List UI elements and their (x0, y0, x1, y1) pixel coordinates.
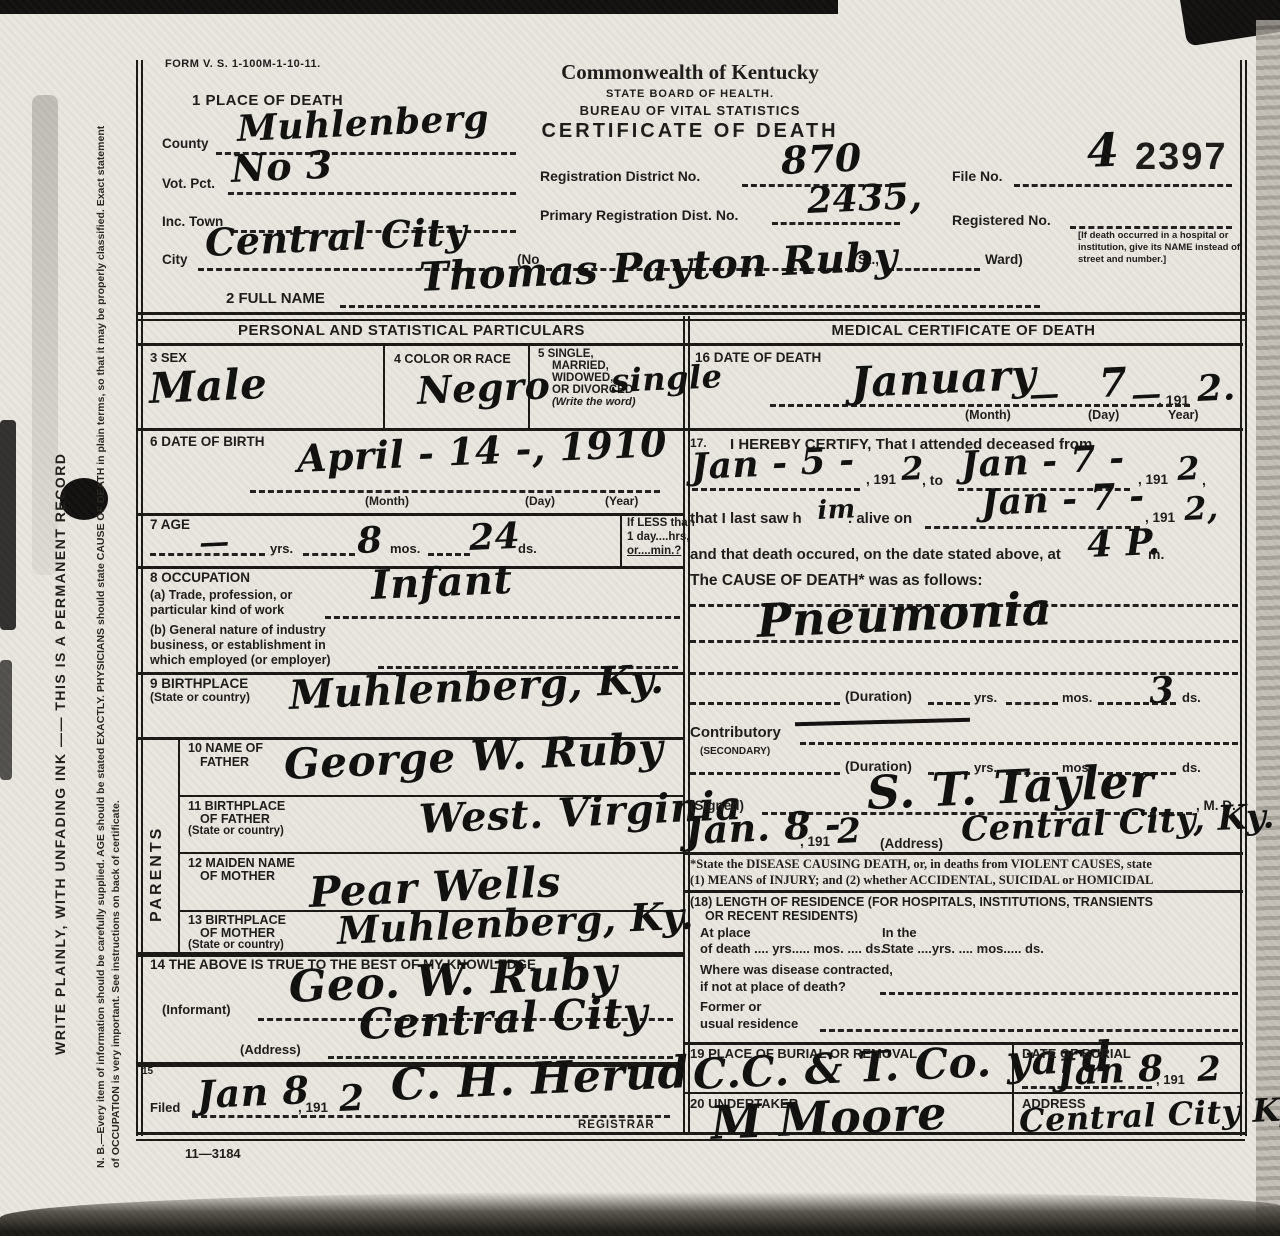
medical-section-title: MEDICAL CERTIFICATE OF DEATH (686, 322, 1241, 339)
residence-where-label-1: Where was disease contracted, (700, 962, 893, 977)
personal-section-title: PERSONAL AND STATISTICAL PARTICULARS (140, 322, 683, 339)
informant-label: (Informant) (162, 1002, 231, 1017)
certify-sep-1: , 191 (866, 472, 896, 487)
birthplace-sub-label: (State or country) (150, 690, 250, 704)
age-ds-value: 24 (468, 515, 521, 559)
age-ds-label: ds. (518, 541, 537, 556)
reg-district-value: 870 (780, 135, 863, 183)
dob-bottom-rule (138, 513, 683, 516)
occupation-b-label-1: (b) General nature of industry (150, 623, 326, 637)
mother-birthplace-label-3: (State or country) (188, 939, 284, 951)
certify-comma: , (1202, 472, 1206, 488)
city-st-line (888, 268, 980, 271)
scan-artifact-edge-mark-1 (0, 420, 16, 630)
filed-section-number: 15 (142, 1066, 153, 1077)
margin-nb-note: N. B.—Every item of information should b… (94, 113, 123, 1168)
certify-line-2a: that I last saw h (690, 510, 802, 527)
signed-address-label: (Address) (880, 836, 943, 851)
duration1-yrs-line (928, 702, 970, 705)
dod-label: 16 DATE OF DEATH (695, 350, 821, 365)
certify-to-label: , to (922, 472, 943, 488)
marital-label-3: WIDOWED, (552, 372, 613, 384)
full-name-line (340, 305, 1040, 308)
occupation-a-value: Infant (370, 556, 513, 609)
vot-pct-value: No 3 (230, 142, 334, 191)
bureau-subtitle: BUREAU OF VITAL STATISTICS (520, 103, 860, 118)
duration1-lead-line (690, 702, 840, 705)
vot-pct-line (228, 192, 516, 195)
footnote-bottom-rule (683, 890, 1243, 893)
signed-date-written: 2 (836, 811, 862, 852)
certify-on-value: Jan - 7 - (980, 475, 1145, 524)
parents-strip-border (178, 737, 180, 952)
duration1-mos-line (1006, 702, 1058, 705)
filed-date-value: Jan 8 (196, 1067, 310, 1117)
parents-side-label: PARENTS (148, 826, 166, 922)
father-name-label-2: FATHER (200, 755, 249, 769)
age-less-label-2: 1 day....hrs, (627, 531, 689, 543)
dod-month-cap: (Month) (965, 408, 1011, 422)
death-certificate-scan: WRITE PLAINLY, WITH UNFADING INK —— THIS… (0, 0, 1280, 1236)
burial-date-value: Jan 8 (1056, 1047, 1164, 1094)
sex-cell-border (383, 345, 385, 428)
residence-where-line (880, 992, 1238, 995)
certify-from-value: Jan - 5 - (690, 439, 855, 488)
certify-from-line (692, 488, 860, 491)
city-ward-label: Ward) (985, 252, 1023, 267)
board-subtitle: STATE BOARD OF HEALTH. (520, 88, 860, 100)
registered-no-label: Registered No. (952, 212, 1051, 228)
certify-year-3: 2, (1183, 489, 1219, 528)
footnote-line-1: *State the DISEASE CAUSING DEATH, or, in… (690, 857, 1152, 872)
dod-day-cap: (Day) (1088, 408, 1119, 422)
file-no-label: File No. (952, 168, 1003, 184)
mother-name-label-1: 12 MAIDEN NAME (188, 856, 295, 870)
form-number: FORM V. S. 1-100M-1-10-11. (165, 58, 321, 70)
duration1-ds-label: ds. (1182, 690, 1201, 705)
duration1-yrs-label: yrs. (974, 690, 997, 705)
file-no-written: 4 (1086, 123, 1121, 178)
occupation-a-line (325, 616, 680, 619)
father-birthplace-label-3: (State or country) (188, 825, 284, 837)
undertaker-value: M Moore (710, 1086, 948, 1150)
father-birthplace-bottom-rule (178, 852, 683, 854)
scan-artifact-top-bar (0, 0, 838, 14)
mother-name-label-2: OF MOTHER (200, 869, 275, 883)
scan-artifact-bottom-band (0, 1192, 1280, 1236)
certify-line-3: and that death occured, on the date stat… (690, 546, 1061, 563)
age-mos-line (303, 553, 355, 556)
file-no-stamped: 2397 (1135, 136, 1228, 179)
father-birthplace-label-1: 11 BIRTHPLACE (188, 799, 285, 813)
residence-title-1: (18) LENGTH OF RESIDENCE (FOR HOSPITALS,… (690, 895, 1153, 909)
age-ds-line (428, 553, 470, 556)
father-name-label-1: 10 NAME OF (188, 741, 263, 755)
dod-month-value: January (850, 350, 1037, 407)
filed-label: Filed (150, 1100, 180, 1115)
sex-value: Male (148, 359, 268, 413)
header-separator-rule (136, 312, 1245, 321)
file-no-line (1014, 184, 1232, 187)
marital-label-2: MARRIED, (552, 360, 609, 372)
age-less-label-3: or....min.? (627, 545, 681, 557)
father-name-value: George W. Ruby (283, 723, 664, 789)
occupation-a-label-2: particular kind of work (150, 603, 284, 617)
birthplace-value: Muhlenberg, Ky. (288, 656, 665, 719)
dod-dash-1: — (1028, 377, 1060, 413)
contributory-line (800, 742, 1238, 745)
frame-left-border (136, 60, 143, 1136)
age-mos-value: 8 (356, 519, 383, 562)
reg-district-label: Registration District No. (540, 168, 700, 184)
residence-in-state-fields: State ....yrs. .... mos..... ds. (882, 941, 1044, 956)
informant-address-label: (Address) (240, 1042, 301, 1057)
age-yrs-label: yrs. (270, 541, 293, 556)
county-label: County (162, 136, 209, 151)
primary-reg-value: 2435, (806, 175, 923, 222)
duration2-ds-label: ds. (1182, 760, 1201, 775)
dod-day-value: 7 (1098, 359, 1128, 407)
age-label: 7 AGE (150, 517, 190, 532)
birthplace-label: 9 BIRTHPLACE (150, 676, 248, 691)
age-less-label-1: If LESS than (627, 517, 695, 529)
dod-year-printed: , 191 (1158, 392, 1189, 408)
residence-at-place-label: At place (700, 925, 751, 940)
dob-year-cap: (Year) (605, 494, 638, 508)
filed-year-printed: , 191 (298, 1100, 328, 1115)
residence-where-label-2: if not at place of death? (700, 979, 846, 994)
certify-line-2b: . alive on (848, 510, 912, 527)
margin-write-plainly-note: WRITE PLAINLY, WITH UNFADING INK —— THIS… (52, 155, 68, 1055)
burial-date-printed: , 191 (1156, 1072, 1185, 1087)
vot-pct-label: Vot. Pct. (162, 176, 215, 191)
dob-label: 6 DATE OF BIRTH (150, 434, 265, 449)
residence-former-label-1: Former or (700, 999, 761, 1014)
mother-birthplace-label-2: OF MOTHER (200, 926, 275, 940)
personal-title-rule (138, 343, 1243, 346)
color-value: Negro (416, 362, 551, 413)
occupation-b-label-2: business, or establishment in (150, 638, 326, 652)
duration1-ds-value: 3 (1148, 669, 1175, 712)
contributory-sub-label: (SECONDARY) (700, 746, 770, 757)
certify-year-2: 2 (1176, 449, 1200, 488)
primary-reg-label: Primary Registration Dist. No. (540, 207, 738, 223)
cause-value: Pneumonia (756, 581, 1053, 648)
residence-former-line (820, 1029, 1238, 1032)
filed-line (192, 1115, 670, 1118)
residence-in-state-label: In the (882, 925, 917, 940)
age-mos-label: mos. (390, 541, 420, 556)
duration1-label: (Duration) (845, 688, 912, 704)
dod-year-cap: Year) (1168, 408, 1199, 422)
hospital-note: [If death occurred in a hospital or inst… (1078, 230, 1250, 266)
burial-date-written: 2 (1196, 1049, 1222, 1090)
filed-year-written: 2 (338, 1077, 365, 1120)
dob-month-cap: (Month) (365, 494, 409, 508)
certify-m-label: m. (1148, 546, 1164, 562)
full-name-value: Thomas Payton Ruby (418, 233, 899, 301)
scan-artifact-right-edge (1256, 20, 1280, 1236)
cause-line-2 (690, 640, 1238, 643)
residence-former-label-2: usual residence (700, 1016, 798, 1031)
marital-label-1: 5 SINGLE, (538, 348, 594, 360)
dob-day-cap: (Day) (525, 494, 555, 508)
residence-title-2: OR RECENT RESIDENTS) (705, 909, 858, 923)
dod-bottom-rule (683, 428, 1243, 431)
age-subcell-border (620, 513, 622, 566)
registered-no-line (1070, 226, 1232, 229)
frame-right-border (1240, 60, 1247, 1136)
occupation-label: 8 OCCUPATION (150, 570, 250, 585)
dob-line (250, 490, 660, 493)
signed-bottom-rule (683, 852, 1243, 855)
occupation-b-label-3: which employed (or employer) (150, 653, 331, 667)
primary-reg-line (772, 222, 900, 225)
age-yrs-dash: — (198, 525, 230, 561)
contributory-strike-mark (795, 718, 970, 727)
plate-number: 11—3184 (185, 1146, 241, 1161)
father-birthplace-label-2: OF FATHER (200, 812, 270, 826)
dod-year-written: 2. (1196, 366, 1236, 410)
commonwealth-title: Commonwealth of Kentucky (520, 60, 860, 85)
duration1-mos-label: mos. (1062, 690, 1092, 705)
occupation-a-label-1: (a) Trade, profession, or (150, 588, 292, 602)
signed-date-printed: , 191 (800, 834, 830, 849)
residence-at-place-fields: of death .... yrs..... mos. .... ds. (700, 941, 884, 956)
mother-birthplace-label-1: 13 BIRTHPLACE (188, 913, 286, 927)
contributory-label: Contributory (690, 724, 781, 741)
city-label: City (162, 252, 188, 267)
scan-artifact-edge-mark-2 (0, 660, 12, 780)
footnote-line-2: (1) MEANS of INJURY; and (2) whether ACC… (690, 873, 1153, 888)
registrar-label: REGISTRAR (578, 1119, 655, 1131)
full-name-label: 2 FULL NAME (226, 290, 325, 307)
duration2-lead-line (690, 772, 840, 775)
column-divider (683, 316, 690, 1132)
